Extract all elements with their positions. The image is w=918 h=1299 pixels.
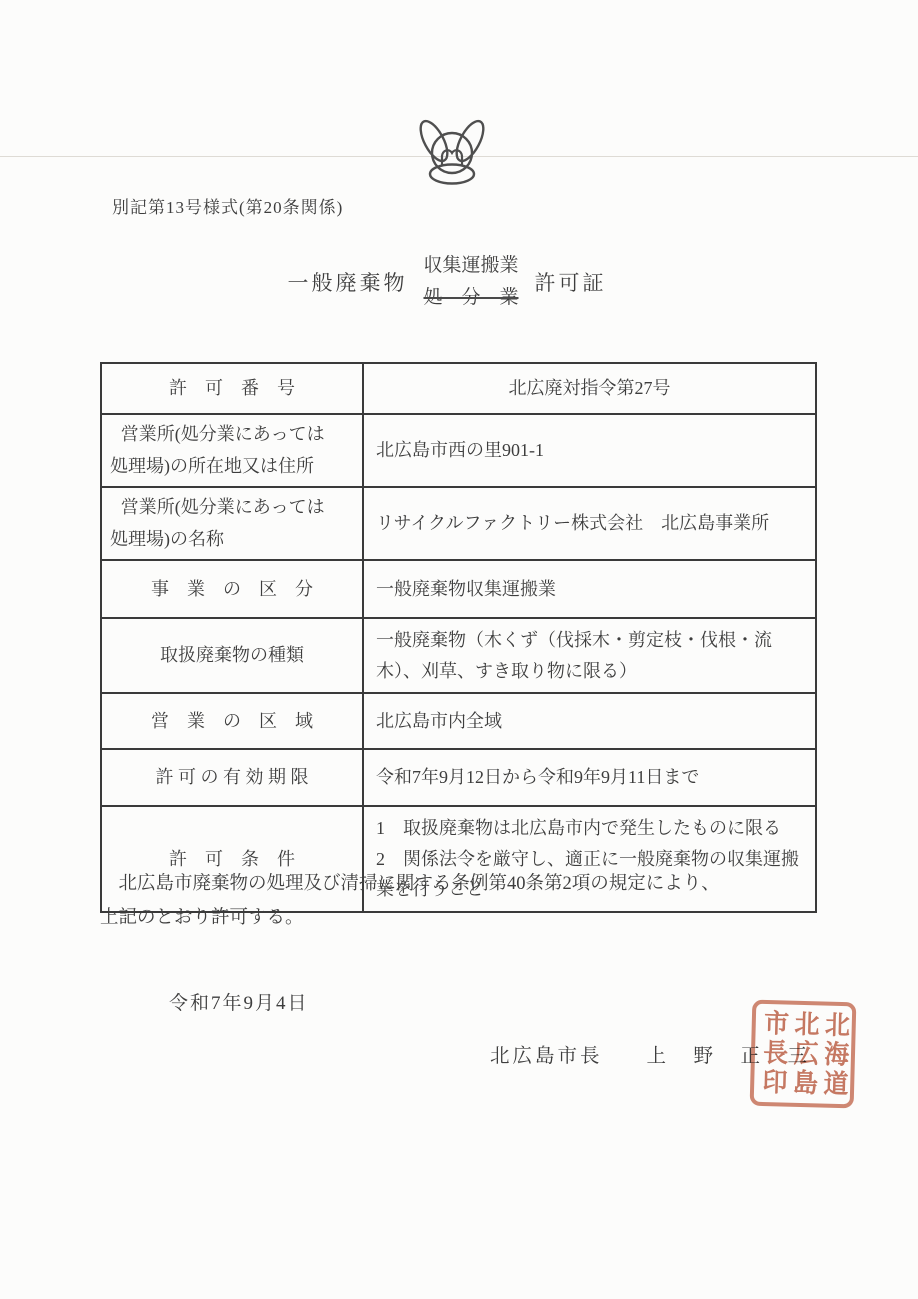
permit-number-value: 北広廃対指令第27号 (363, 363, 816, 414)
mayor-title: 北広島市長 (490, 1040, 603, 1068)
office-address-label: 営業所(処分業にあっては 処理場)の所在地又は住所 (101, 414, 363, 487)
title-suffix: 許可証 (535, 267, 607, 297)
office-address-row: 営業所(処分業にあっては 処理場)の所在地又は住所 北広島市西の里901-1 (101, 414, 816, 487)
permit-document-page: 別記第13号様式(第20条関係) 一般廃棄物 収集運搬業 処 分 業 許可証 許… (0, 0, 918, 1299)
office-name-label: 営業所(処分業にあっては 処理場)の名称 (101, 487, 363, 560)
official-seal-text: 北海道 北広島 市長印 (756, 1009, 850, 1100)
waste-types-value: 一般廃棄物（木くず（伐採木・剪定枝・伐根・流木）、刈草、すき取り物に限る） (363, 618, 816, 693)
validity-period-value: 令和7年9月12日から令和9年9月11日まで (363, 749, 816, 806)
title-prefix: 一般廃棄物 (287, 267, 407, 297)
waste-types-label: 取扱廃棄物の種類 (101, 618, 363, 693)
official-seal-stamp: 北海道 北広島 市長印 (750, 1000, 857, 1109)
closing-statement: 北広島市廃棄物の処理及び清掃に関する条例第40条第2項の規定により、 上記のとお… (100, 868, 820, 935)
validity-period-label: 許 可 の 有 効 期 限 (101, 749, 363, 806)
office-name-value: リサイクルファクトリー株式会社 北広島事業所 (363, 487, 816, 560)
permit-number-label: 許 可 番 号 (101, 363, 363, 414)
permit-number-row: 許 可 番 号 北広廃対指令第27号 (101, 363, 816, 414)
city-emblem-icon (404, 100, 500, 190)
business-area-value: 北広島市内全域 (363, 693, 816, 749)
business-category-row: 事 業 の 区 分 一般廃棄物収集運搬業 (101, 560, 816, 618)
title-business-type-stack: 収集運搬業 処 分 業 (423, 250, 518, 315)
issue-date: 令和7年9月4日 (169, 988, 309, 1015)
business-category-label: 事 業 の 区 分 (101, 560, 363, 618)
document-title: 一般廃棄物 収集運搬業 処 分 業 許可証 (0, 250, 906, 315)
title-disposal-label-struck: 処 分 業 (423, 282, 518, 314)
permit-table: 許 可 番 号 北広廃対指令第27号 営業所(処分業にあっては 処理場)の所在地… (100, 362, 817, 913)
business-area-label: 営 業 の 区 域 (101, 693, 363, 749)
title-collection-transport-label: 収集運搬業 (423, 250, 518, 282)
business-category-value: 一般廃棄物収集運搬業 (363, 560, 816, 618)
waste-types-row: 取扱廃棄物の種類 一般廃棄物（木くず（伐採木・剪定枝・伐根・流木）、刈草、すき取… (101, 618, 816, 693)
form-number-note: 別記第13号様式(第20条関係) (112, 193, 343, 218)
office-name-row: 営業所(処分業にあっては 処理場)の名称 リサイクルファクトリー株式会社 北広島… (101, 487, 816, 560)
office-address-value: 北広島市西の里901-1 (363, 414, 816, 487)
business-area-row: 営 業 の 区 域 北広島市内全域 (101, 693, 816, 749)
validity-period-row: 許 可 の 有 効 期 限 令和7年9月12日から令和9年9月11日まで (101, 749, 816, 806)
